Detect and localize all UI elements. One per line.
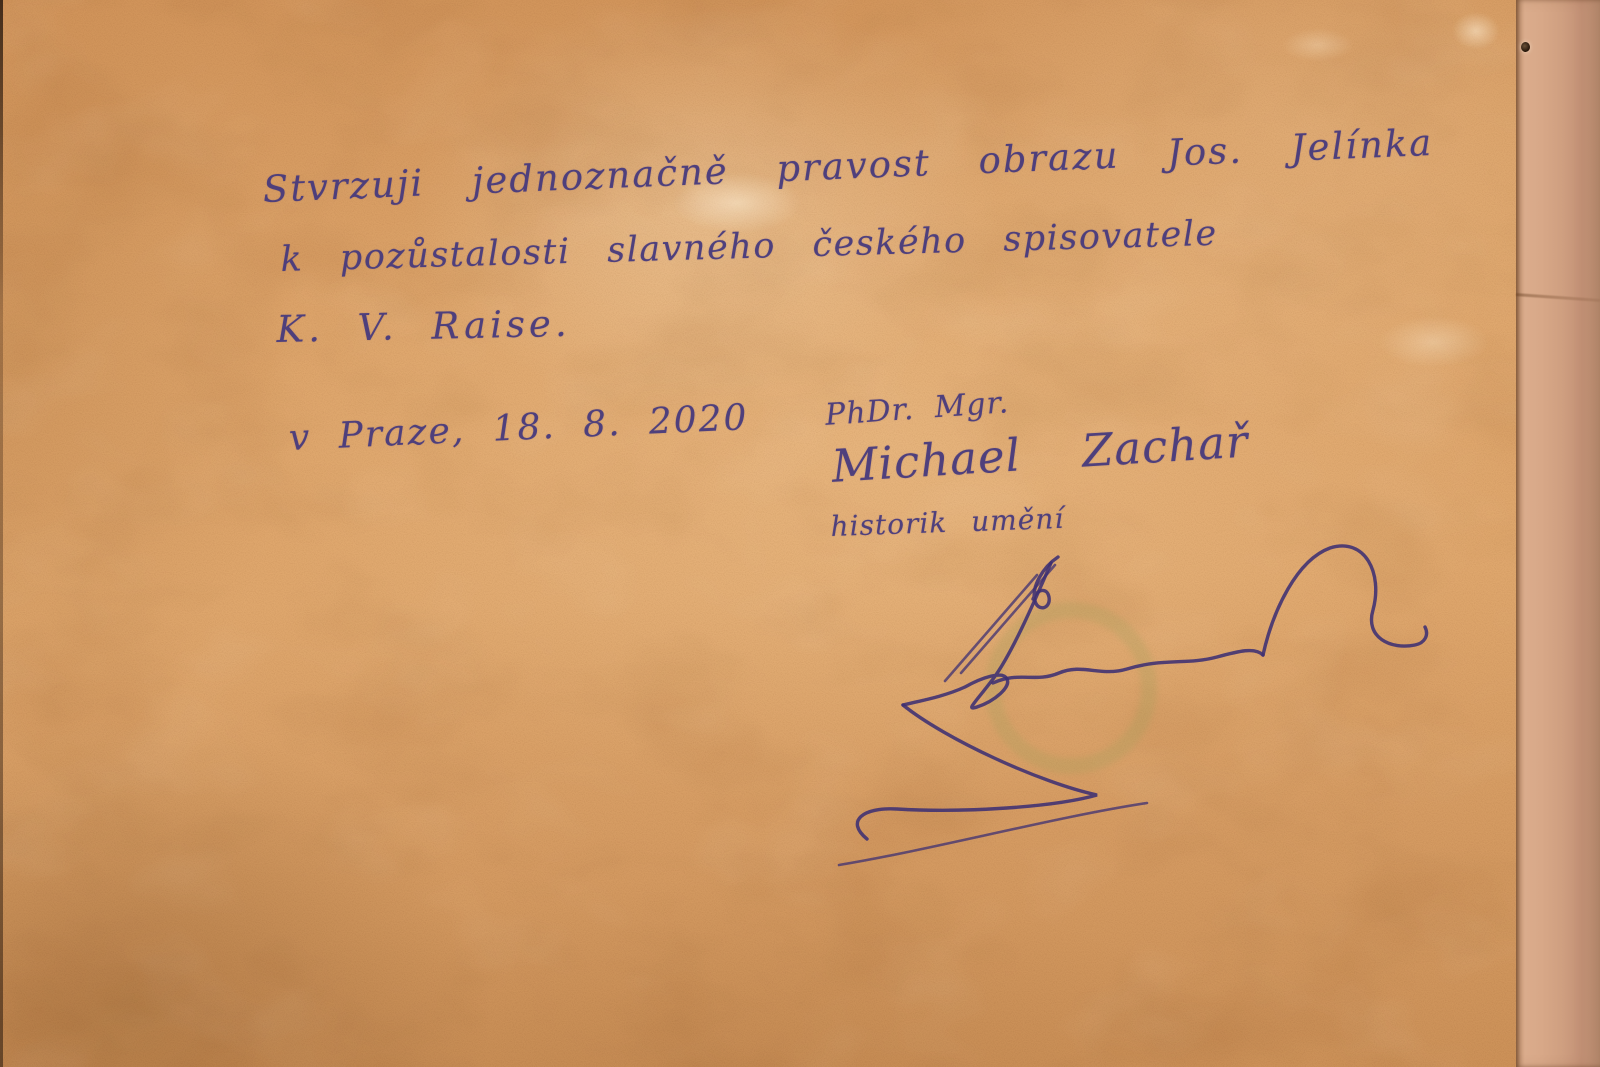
signature-flourish (815, 515, 1455, 887)
scuff-mark (1282, 28, 1354, 62)
left-edge-shadow (0, 0, 3, 1067)
scuff-mark (1378, 316, 1490, 368)
paper-edge-strip (1516, 0, 1600, 1067)
painting-verso-photo: Stvrzuji jednoznačně pravost obrazu Jos.… (0, 0, 1600, 1067)
pinhole (1521, 42, 1530, 52)
scuff-mark (1452, 12, 1500, 50)
handwriting-line-3: K. V. Raise. (276, 302, 571, 351)
